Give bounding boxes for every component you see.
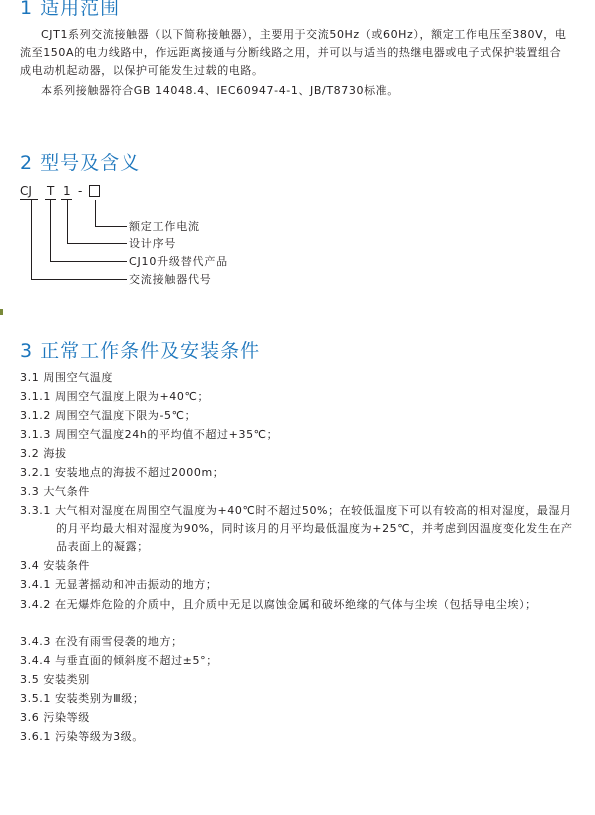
edge-mark <box>0 309 3 315</box>
label-contactor-code: 交流接触器代号 <box>129 273 212 287</box>
item-3-1-3: 3.1.3 周围空气温度24h的平均值不超过+35℃； <box>20 426 575 444</box>
item-3-4-3: 3.4.3 在没有雨雪侵袭的地方； <box>20 633 575 651</box>
item-3-2-1: 3.2.1 安装地点的海拔不超过2000m； <box>20 464 575 482</box>
item-3-1-2: 3.1.2 周围空气温度下限为-5℃； <box>20 407 575 425</box>
item-3-1-1: 3.1.1 周围空气温度上限为+40℃； <box>20 388 575 406</box>
section-3-title: 3 正常工作条件及安装条件 <box>20 340 260 362</box>
item-3-6: 3.6 污染等级 <box>20 709 575 727</box>
item-3-4-4: 3.4.4 与垂直面的倾斜度不超过±5°； <box>20 652 575 670</box>
label-cj10-upgrade: CJ10升级替代产品 <box>129 255 228 269</box>
item-3-5-1: 3.5.1 安装类别为Ⅲ级； <box>20 690 575 708</box>
item-3-6-1: 3.6.1 污染等级为3级。 <box>20 728 575 746</box>
item-3-4-2: 3.4.2 在无爆炸危险的介质中，且介质中无足以腐蚀金属和破坏绝缘的气体与尘埃（… <box>20 596 575 614</box>
item-3-5: 3.5 安装类别 <box>20 671 575 689</box>
item-3-2: 3.2 海拔 <box>20 445 575 463</box>
label-rated-current: 额定工作电流 <box>129 220 200 234</box>
item-3-4-1: 3.4.1 无显著摇动和冲击振动的地方； <box>20 576 575 594</box>
item-3-4: 3.4 安装条件 <box>20 557 575 575</box>
item-3-3: 3.3 大气条件 <box>20 483 575 501</box>
item-3-3-1: 3.3.1 大气相对湿度在周围空气温度为+40℃时不超过50%；在较低温度下可以… <box>20 502 575 556</box>
label-design-serial: 设计序号 <box>129 237 176 251</box>
item-3-1: 3.1 周围空气温度 <box>20 369 575 387</box>
